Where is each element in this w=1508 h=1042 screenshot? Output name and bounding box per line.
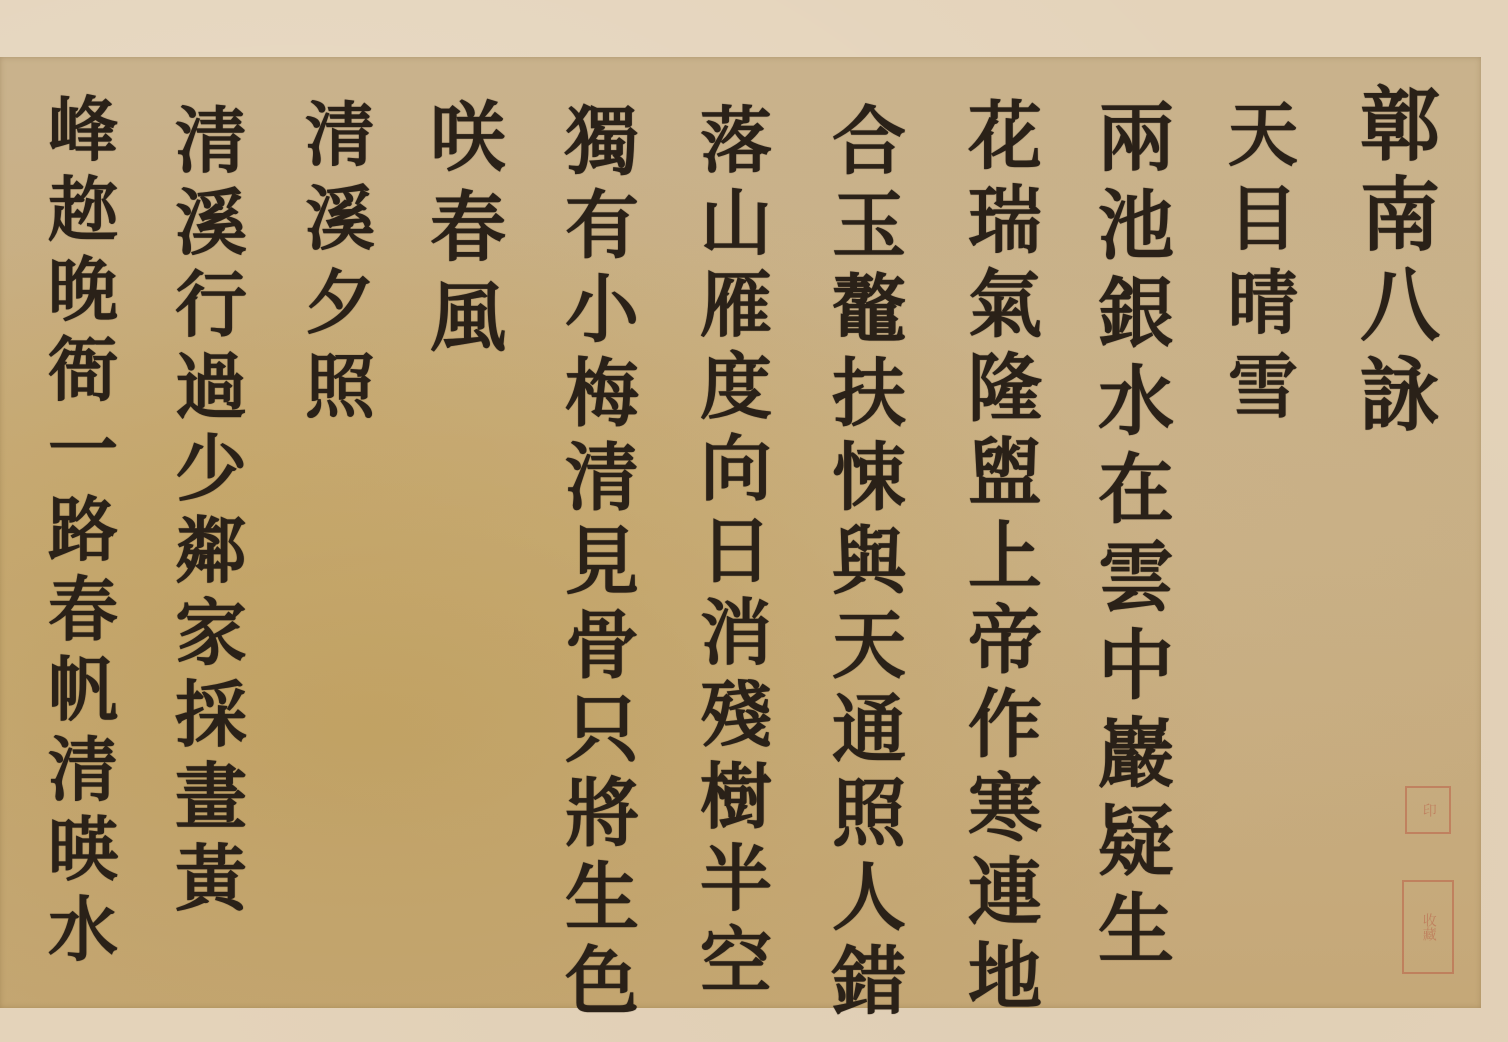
character: 消 <box>700 597 772 669</box>
character: 帝 <box>968 604 1042 678</box>
character: 溪 <box>305 184 375 254</box>
character: 一 <box>48 415 118 485</box>
character: 天 <box>1228 100 1298 170</box>
character: 人 <box>832 861 906 935</box>
character: 清 <box>175 105 247 177</box>
character: 水 <box>48 895 118 965</box>
character: 帆 <box>48 655 118 725</box>
character: 梅 <box>565 357 639 431</box>
character: 有 <box>565 189 639 263</box>
text-column-9: 清溪夕照 <box>305 100 375 422</box>
character: 鄰 <box>175 515 247 587</box>
character: 雁 <box>700 269 772 341</box>
character: 玉 <box>832 189 906 263</box>
character: 採 <box>175 679 247 751</box>
character: 池 <box>1098 188 1174 264</box>
text-column-6: 落山雁度向日消殘樹半空 <box>700 105 772 997</box>
character: 悚 <box>832 441 906 515</box>
character: 通 <box>832 693 906 767</box>
character: 風 <box>430 280 506 356</box>
character: 夕 <box>305 268 375 338</box>
character: 照 <box>832 777 906 851</box>
character: 晴 <box>1228 268 1298 338</box>
character: 小 <box>565 273 639 347</box>
character: 過 <box>175 351 247 423</box>
character: 咲 <box>430 100 506 176</box>
character: 只 <box>565 693 639 767</box>
character: 將 <box>565 777 639 851</box>
character: 中 <box>1098 628 1174 704</box>
character: 生 <box>1098 892 1174 968</box>
text-column-10: 清溪行過少鄰家採畫黃 <box>175 105 247 915</box>
character: 衙 <box>48 335 118 405</box>
character: 目 <box>1228 184 1298 254</box>
text-column-7: 獨有小梅清見骨只將生色 <box>565 105 639 1019</box>
character: 合 <box>832 105 906 179</box>
character: 疑 <box>1098 804 1174 880</box>
character: 暎 <box>48 815 118 885</box>
text-column-5: 合玉鼇扶悚與天通照人錯 <box>832 105 906 1019</box>
character: 清 <box>48 735 118 805</box>
character: 向 <box>700 433 772 505</box>
character: 少 <box>175 433 247 505</box>
character: 八 <box>1360 265 1440 345</box>
character: 清 <box>305 100 375 170</box>
seal-stamp-1: 印 <box>1405 786 1451 834</box>
character: 行 <box>175 269 247 341</box>
character: 見 <box>565 525 639 599</box>
character: 晚 <box>48 255 118 325</box>
text-column-11: 峰趂晚衙一路春帆清暎水 <box>48 95 118 965</box>
character: 色 <box>565 945 639 1019</box>
character: 骨 <box>565 609 639 683</box>
character: 雪 <box>1228 352 1298 422</box>
character: 趂 <box>48 175 118 245</box>
character: 清 <box>565 441 639 515</box>
character: 山 <box>700 187 772 259</box>
text-column-4: 花瑞氣隆盥上帝作寒連地 <box>968 100 1042 1014</box>
text-column-3: 兩池銀水在雲中巖疑生 <box>1098 100 1174 968</box>
character: 落 <box>700 105 772 177</box>
character: 銀 <box>1098 276 1174 352</box>
character: 春 <box>48 575 118 645</box>
seal-stamp-2: 收藏 <box>1402 880 1454 974</box>
character: 樹 <box>700 761 772 833</box>
character: 南 <box>1360 175 1440 255</box>
character: 峰 <box>48 95 118 165</box>
character: 度 <box>700 351 772 423</box>
character: 錯 <box>832 945 906 1019</box>
character: 生 <box>565 861 639 935</box>
character: 家 <box>175 597 247 669</box>
text-column-2: 天目晴雪 <box>1228 100 1298 422</box>
character: 作 <box>968 688 1042 762</box>
character: 鼇 <box>832 273 906 347</box>
character: 黃 <box>175 843 247 915</box>
character: 畫 <box>175 761 247 833</box>
character: 隆 <box>968 352 1042 426</box>
text-column-8: 咲春風 <box>430 100 506 356</box>
character: 花 <box>968 100 1042 174</box>
character: 連 <box>968 856 1042 930</box>
character: 巖 <box>1098 716 1174 792</box>
character: 在 <box>1098 452 1174 528</box>
character: 殘 <box>700 679 772 751</box>
character: 扶 <box>832 357 906 431</box>
character: 上 <box>968 520 1042 594</box>
character: 照 <box>305 352 375 422</box>
character: 盥 <box>968 436 1042 510</box>
text-column-1: 鄣南八詠 <box>1360 85 1440 435</box>
character: 雲 <box>1098 540 1174 616</box>
character: 兩 <box>1098 100 1174 176</box>
character: 半 <box>700 843 772 915</box>
character: 寒 <box>968 772 1042 846</box>
character: 獨 <box>565 105 639 179</box>
character: 與 <box>832 525 906 599</box>
character: 水 <box>1098 364 1174 440</box>
character: 路 <box>48 495 118 565</box>
character: 氣 <box>968 268 1042 342</box>
character: 春 <box>430 190 506 266</box>
character: 地 <box>968 940 1042 1014</box>
character: 詠 <box>1360 355 1440 435</box>
character: 瑞 <box>968 184 1042 258</box>
character: 天 <box>832 609 906 683</box>
character: 溪 <box>175 187 247 259</box>
character: 日 <box>700 515 772 587</box>
character: 空 <box>700 925 772 997</box>
character: 鄣 <box>1360 85 1440 165</box>
